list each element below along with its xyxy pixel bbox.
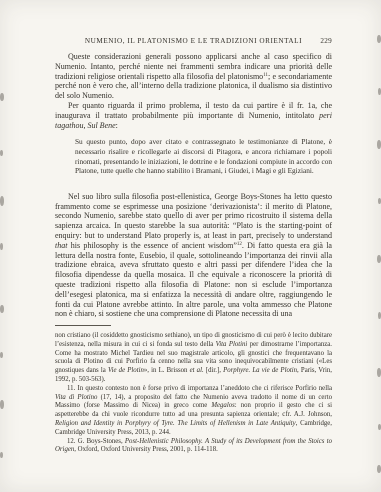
scan-artifact <box>0 196 4 206</box>
scan-artifact <box>0 452 3 458</box>
block-quote: Su questo punto, dopo aver citato e cont… <box>75 137 332 175</box>
footnote-11: 11. In questo contesto non è forse privo… <box>55 385 332 438</box>
scan-artifact <box>0 243 3 250</box>
footnote-rule <box>55 325 111 326</box>
scan-artifact <box>377 465 381 473</box>
footnotes: non cristiano (il cosiddetto gnosticismo… <box>55 325 332 455</box>
paragraph: Nel suo libro sulla filosofia post-ellen… <box>55 192 332 319</box>
scan-artifact <box>0 150 3 156</box>
scan-artifact <box>0 352 3 358</box>
footnote-continuation: non cristiano (il cosiddetto gnosticismo… <box>55 332 332 385</box>
running-head: NUMENIO, IL PLATONISMO E LE TRADIZIONI O… <box>55 37 332 45</box>
scan-artifact <box>377 35 381 43</box>
footnote-12: 12. G. Boys-Stones, Post-Hellenistic Phi… <box>55 438 332 456</box>
book-page: NUMENIO, IL PLATONISMO E LE TRADIZIONI O… <box>0 0 381 492</box>
scan-artifact <box>377 140 381 149</box>
paragraph: Per quanto riguarda il primo problema, i… <box>55 101 332 130</box>
scan-artifact <box>377 368 381 377</box>
main-text: Queste considerazioni generali possono a… <box>55 52 332 319</box>
scan-artifact <box>0 93 4 101</box>
page-number: 229 <box>320 37 332 45</box>
scan-artifact <box>0 400 4 409</box>
scan-artifact <box>0 305 4 313</box>
paragraph: Queste considerazioni generali possono a… <box>55 52 332 101</box>
running-head-title: NUMENIO, IL PLATONISMO E LE TRADIZIONI O… <box>85 37 302 45</box>
scan-artifact <box>377 255 381 263</box>
